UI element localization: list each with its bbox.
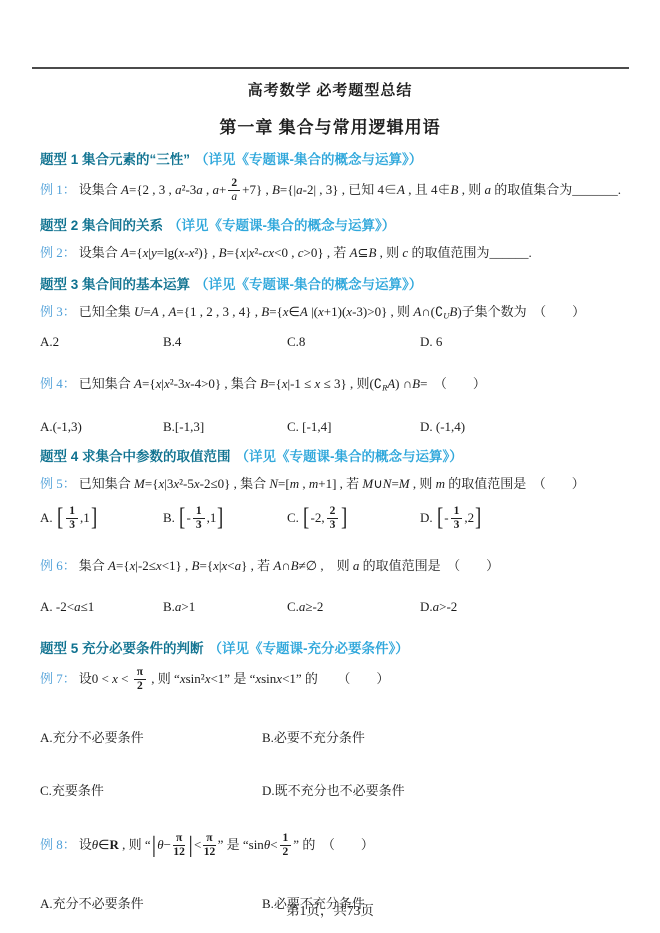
text-run: C. [-1,4] xyxy=(287,419,331,434)
math-variable: B xyxy=(219,245,227,260)
right-bracket: ] xyxy=(217,507,223,530)
text-run: =[ xyxy=(278,476,290,491)
text-run: A. -2< xyxy=(40,599,74,614)
example-problem: 例 6：集合 A={x|-2≤x<1} , B={x|x<a} , 若 A∩B≠… xyxy=(40,556,630,576)
text-run: A.充分不必要条件 xyxy=(40,730,144,745)
choice-option: B.a>1 xyxy=(163,599,287,615)
text-run: ={ xyxy=(227,245,241,260)
choice-option: A.充分不必要条件 xyxy=(40,727,262,746)
denominator: 3 xyxy=(196,519,202,532)
choice-option: B.必要不充分条件 xyxy=(262,727,630,746)
choice-option: D. (-1,4) xyxy=(420,419,630,435)
text-run: 已知全集 xyxy=(79,304,134,319)
choice-option: A. -2<a≤1 xyxy=(40,599,163,615)
document-page: 高考数学 必考题型总结 第一章 集合与常用逻辑用语 题型 1 集合元素的“三性”… xyxy=(0,0,660,933)
left-bracket: [ xyxy=(437,507,443,530)
example-problem: 例 5：已知集合 M={x|3x²-5x-2≤0} , 集合 N=[m , m+… xyxy=(40,474,630,494)
example-tag: 例 5： xyxy=(40,476,76,491)
text-run: , xyxy=(203,182,213,197)
math-variable: B xyxy=(261,304,269,319)
text-run: C. xyxy=(287,599,299,614)
denominator: a xyxy=(231,191,237,204)
text-run: < xyxy=(227,558,234,573)
math-variable: m xyxy=(436,476,445,491)
text-run: -2| , 3} , 已知 4∈ xyxy=(303,182,397,197)
fraction: π2 xyxy=(134,667,146,693)
example-text: 设0 < x < π2 , 则 “xsin²x<1” 是 “xsinx<1” 的… xyxy=(79,671,390,686)
left-bracket: [ xyxy=(57,507,63,530)
example-problem: 例 2：设集合 A={x|y=lg(x-x²)} , B={x|x²-cx<0 … xyxy=(40,243,630,263)
text-run: =lg( xyxy=(157,245,179,260)
fraction: 2a xyxy=(228,178,240,204)
text-run: |-2≤ xyxy=(135,558,156,573)
document-body: 题型 1 集合元素的“三性”（详见《专题课-集合的概念与运算》）例 1：设集合 … xyxy=(0,150,660,912)
math-variable: B xyxy=(291,558,299,573)
choice-option: C. [-2,23] xyxy=(287,506,420,532)
denominator: 2 xyxy=(137,680,143,693)
example-tag: 例 3： xyxy=(40,304,76,319)
text-run: ={1 , 2 , 3 , 4} , xyxy=(176,304,261,319)
topic-reference: （详见《专题课-集合的概念与运算》） xyxy=(195,277,422,292)
choice-row: A. -2<a≤1B.a>1C.a≥-2D.a>-2 xyxy=(40,599,630,615)
topic-title: 题型 1 集合元素的“三性” xyxy=(40,152,190,167)
math-variable: A xyxy=(387,376,395,391)
choice-option: B.[-1,3] xyxy=(163,419,287,435)
fraction: 13 xyxy=(451,506,463,532)
text-run: 设0 < xyxy=(79,671,112,686)
numerator: π xyxy=(173,833,185,847)
math-variable: cx xyxy=(263,245,275,260)
example-problem: 例 1：设集合 A={2 , 3 , a²-3a , a+2a+7} , B={… xyxy=(40,178,630,204)
text-run: B.4 xyxy=(163,334,181,349)
topic-title: 题型 3 集合间的基本运算 xyxy=(40,277,190,292)
math-variable: A xyxy=(134,376,142,391)
left-bracket: [ xyxy=(179,507,185,530)
fraction: π12 xyxy=(173,833,185,859)
choice-option: D. 6 xyxy=(420,334,630,350)
text-run: < xyxy=(270,837,277,852)
topic-reference: （详见《专题课-集合的概念与运算》） xyxy=(168,218,395,233)
text-run: 集合 xyxy=(79,558,108,573)
text-run: , 则 “ xyxy=(119,837,151,852)
text-run: ∈ xyxy=(98,837,109,852)
choice-option: D.a>-2 xyxy=(420,599,630,615)
text-run: ={ xyxy=(129,245,143,260)
absolute-value-bar: | xyxy=(152,835,157,856)
text-run: , 则 xyxy=(376,245,402,260)
text-run: 的取值范围为______. xyxy=(408,245,532,260)
text-run: ⊆ xyxy=(358,245,369,260)
denominator: 3 xyxy=(69,519,75,532)
fraction: 13 xyxy=(66,506,78,532)
text-run: 设集合 xyxy=(79,245,121,260)
choice-option: D.既不充分也不必要条件 xyxy=(262,780,630,799)
text-run: B. xyxy=(163,510,178,525)
text-run: 已知集合 xyxy=(79,376,134,391)
text-run: = xyxy=(143,304,150,319)
text-run: ∩(∁ xyxy=(421,304,443,319)
text-run: − xyxy=(164,837,171,852)
text-run: >1 xyxy=(181,599,195,614)
text-run: ≤ 3} , 则(∁ xyxy=(320,376,382,391)
text-run: 的取值范围是 （ ） xyxy=(445,476,585,491)
text-run: ∈ xyxy=(289,304,300,319)
math-variable: A xyxy=(151,304,159,319)
topic-heading: 题型 3 集合间的基本运算（详见《专题课-集合的概念与运算》） xyxy=(40,275,630,295)
text-run: C.充要条件 xyxy=(40,783,104,798)
math-variable: A xyxy=(108,558,116,573)
topic-title: 题型 4 求集合中参数的取值范围 xyxy=(40,449,231,464)
right-bracket: ] xyxy=(475,507,481,530)
choice-option: C. [-1,4] xyxy=(287,419,420,435)
text-run: 的取值集合为_______. xyxy=(491,182,621,197)
text-run: <0 , xyxy=(274,245,298,260)
math-variable: M xyxy=(134,476,145,491)
right-bracket: ] xyxy=(341,507,347,530)
topic-heading: 题型 5 充分必要条件的判断（详见《专题课-充分必要条件》） xyxy=(40,639,630,659)
numerator: π xyxy=(134,667,146,681)
math-variable: A xyxy=(350,245,358,260)
text-run: , 则 xyxy=(458,182,484,197)
numerator: 2 xyxy=(228,178,240,192)
text-run: |( xyxy=(308,304,318,319)
text-run: -3)>0} , 则 xyxy=(352,304,413,319)
topic-heading: 题型 2 集合间的关系（详见《专题课-集合的概念与运算》） xyxy=(40,216,630,236)
text-run: sin xyxy=(261,671,276,686)
text-run: ∪ xyxy=(373,476,383,491)
text-run: B.必要不充分条件 xyxy=(262,730,365,745)
math-variable: M xyxy=(399,476,410,491)
math-variable: m xyxy=(309,476,318,491)
example-problem: 例 7：设0 < x < π2 , 则 “xsin²x<1” 是 “xsinx<… xyxy=(40,667,630,693)
topic-title: 题型 5 充分必要条件的判断 xyxy=(40,641,204,656)
denominator: 12 xyxy=(204,846,216,859)
fraction: π12 xyxy=(203,833,215,859)
text-run: )子集个数为 （ ） xyxy=(457,304,585,319)
text-run: A.2 xyxy=(40,334,59,349)
text-run: , 且 4∉ xyxy=(405,182,451,197)
text-run: sin² xyxy=(186,671,205,686)
topic-reference: （详见《专题课-集合的概念与运算》） xyxy=(236,449,463,464)
text-run: -4>0} , 集合 xyxy=(190,376,260,391)
choice-row: A.2B.4C.8D. 6 xyxy=(40,334,630,350)
text-run: B. xyxy=(163,599,175,614)
denominator: 2 xyxy=(283,846,289,859)
example-text: 设集合 A={2 , 3 , a²-3a , a+2a+7} , B={|a-2… xyxy=(79,182,621,197)
topic-reference: （详见《专题课-集合的概念与运算》） xyxy=(195,152,422,167)
text-run: , 则 xyxy=(410,476,436,491)
choice-row: A.(-1,3)B.[-1,3]C. [-1,4]D. (-1,4) xyxy=(40,419,630,435)
text-run: ∩ xyxy=(281,558,290,573)
text-run: + xyxy=(219,182,226,197)
topic-reference: （详见《专题课-充分必要条件》） xyxy=(209,641,409,656)
text-run: 设 xyxy=(79,837,92,852)
math-variable: B xyxy=(412,376,420,391)
text-run: , 则 “ xyxy=(148,671,180,686)
topic-heading: 题型 4 求集合中参数的取值范围（详见《专题课-集合的概念与运算》） xyxy=(40,447,630,467)
text-run: ) ∩ xyxy=(395,376,412,391)
math-variable: m xyxy=(290,476,299,491)
example-text: 集合 A={x|-2≤x<1} , B={x|x<a} , 若 A∩B≠∅ , … xyxy=(79,558,499,573)
text-run: ≠∅ , 则 xyxy=(299,558,353,573)
example-problem: 例 4：已知集合 A={x|x²-3x-4>0} , 集合 B={x|-1 ≤ … xyxy=(40,374,630,394)
numerator: 1 xyxy=(66,506,78,520)
text-run: R xyxy=(110,837,119,852)
text-run: = xyxy=(391,476,398,491)
denominator: 3 xyxy=(454,519,460,532)
choice-option: B. [-13,1] xyxy=(163,506,287,532)
text-run: ²- xyxy=(254,245,262,260)
text-run: D. xyxy=(420,510,436,525)
example-tag: 例 2： xyxy=(40,245,76,260)
text-run: , xyxy=(159,304,169,319)
text-run: ={ xyxy=(142,376,156,391)
header-rule xyxy=(32,67,629,69)
text-run: C. xyxy=(287,510,302,525)
text-run: A.(-1,3) xyxy=(40,419,82,434)
math-variable: A xyxy=(397,182,405,197)
example-text: 设θ∈R , 则 “|θ−π12|<π12” 是 “sinθ<12” 的 （ ） xyxy=(79,837,374,852)
text-run: >0} , 若 xyxy=(304,245,350,260)
example-problem: 例 3：已知全集 U=A , A={1 , 2 , 3 , 4} , B={x∈… xyxy=(40,302,630,322)
choice-row: A.充分不必要条件B.必要不充分条件 xyxy=(40,727,630,746)
fraction: 13 xyxy=(193,506,205,532)
example-tag: 例 6： xyxy=(40,558,76,573)
text-run: D. xyxy=(420,599,433,614)
choice-row: C.充要条件D.既不充分也不必要条件 xyxy=(40,780,630,799)
example-tag: 例 1： xyxy=(40,182,76,197)
choice-option: A.(-1,3) xyxy=(40,419,163,435)
text-run: < xyxy=(194,837,201,852)
text-run: } , 若 xyxy=(241,558,273,573)
text-run: ={ xyxy=(116,558,130,573)
numerator: 1 xyxy=(193,506,205,520)
numerator: 1 xyxy=(451,506,463,520)
text-run: D.既不充分也不必要条件 xyxy=(262,783,405,798)
text-run: ≤1 xyxy=(81,599,95,614)
denominator: 12 xyxy=(173,846,185,859)
math-variable: A xyxy=(300,304,308,319)
text-run: 的取值范围是 （ ） xyxy=(359,558,499,573)
math-variable: M xyxy=(362,476,373,491)
text-run: A. xyxy=(40,510,56,525)
document-title: 高考数学 必考题型总结 xyxy=(0,79,660,100)
topic-title: 题型 2 集合间的关系 xyxy=(40,218,163,233)
choice-option: B.4 xyxy=(163,334,287,350)
math-variable: N xyxy=(269,476,278,491)
math-variable: A xyxy=(121,245,129,260)
text-run: <1} , xyxy=(162,558,192,573)
text-run: ” 是 “sin xyxy=(218,837,264,852)
text-run: - xyxy=(187,510,191,525)
numerator: 1 xyxy=(280,833,292,847)
text-run: -2, xyxy=(311,510,325,525)
choice-option: C.8 xyxy=(287,334,420,350)
page-number: 第1页，共73页 xyxy=(0,899,660,919)
text-run: ²-3 xyxy=(182,182,197,197)
text-run: ,2 xyxy=(464,510,474,525)
absolute-value-bar: | xyxy=(188,835,193,856)
math-variable: A xyxy=(121,182,129,197)
denominator: 3 xyxy=(330,519,336,532)
example-text: 已知集合 A={x|x²-3x-4>0} , 集合 B={x|-1 ≤ x ≤ … xyxy=(79,376,486,391)
choice-option: C.a≥-2 xyxy=(287,599,420,615)
text-run: < xyxy=(118,671,132,686)
choice-option: C.充要条件 xyxy=(40,780,262,799)
text-run: ²-5 xyxy=(179,476,194,491)
text-run: ≥-2 xyxy=(305,599,323,614)
left-bracket: [ xyxy=(303,507,309,530)
text-run: ={ xyxy=(199,558,213,573)
text-run: +7} , xyxy=(242,182,272,197)
example-tag: 例 7： xyxy=(40,671,76,686)
choice-option: D. [-13,2] xyxy=(420,506,630,532)
math-variable: B xyxy=(272,182,280,197)
text-run: +1] , 若 xyxy=(318,476,362,491)
text-run: +1)( xyxy=(324,304,347,319)
math-variable: B xyxy=(260,376,268,391)
text-run: -2≤0} , 集合 xyxy=(200,476,270,491)
example-problem: 例 8：设θ∈R , 则 “|θ−π12|<π12” 是 “sinθ<12” 的… xyxy=(40,833,630,859)
text-run: <1” 的 （ ） xyxy=(282,671,389,686)
math-variable: U xyxy=(134,304,143,319)
text-run: ” 的 （ ） xyxy=(293,837,374,852)
text-run: 设集合 xyxy=(79,182,121,197)
right-bracket: ] xyxy=(91,507,97,530)
text-run: D. (-1,4) xyxy=(420,419,465,434)
text-run: ²-3 xyxy=(170,376,185,391)
text-run: C.8 xyxy=(287,334,305,349)
chapter-heading: 第一章 集合与常用逻辑用语 xyxy=(0,113,660,138)
fraction: 12 xyxy=(280,833,292,859)
text-run: ,1 xyxy=(207,510,217,525)
example-text: 设集合 A={x|y=lg(x-x²)} , B={x|x²-cx<0 , c>… xyxy=(79,245,532,260)
text-run: , xyxy=(299,476,309,491)
text-run: <1” 是 “ xyxy=(210,671,255,686)
choice-row: A. [13,1]B. [-13,1]C. [-2,23]D. [-13,2] xyxy=(40,506,630,532)
text-run: D. 6 xyxy=(420,334,442,349)
choice-option: A.2 xyxy=(40,334,163,350)
text-run: ={ xyxy=(268,376,282,391)
text-run: |-1 ≤ xyxy=(287,376,314,391)
topic-heading: 题型 1 集合元素的“三性”（详见《专题课-集合的概念与运算》） xyxy=(40,150,630,170)
text-run: = （ ） xyxy=(420,376,486,391)
text-run: ={ xyxy=(145,476,159,491)
choice-option: A. [13,1] xyxy=(40,506,163,532)
text-run: - xyxy=(444,510,448,525)
text-run: ²)} , xyxy=(194,245,218,260)
example-text: 已知全集 U=A , A={1 , 2 , 3 , 4} , B={x∈A |(… xyxy=(79,304,585,319)
text-run: ={| xyxy=(280,182,296,197)
example-text: 已知集合 M={x|3x²-5x-2≤0} , 集合 N=[m , m+1] ,… xyxy=(79,476,585,491)
text-run: 已知集合 xyxy=(79,476,134,491)
text-run: ={ xyxy=(269,304,283,319)
example-tag: 例 8： xyxy=(40,837,76,852)
numerator: π xyxy=(203,833,215,847)
text-run: ={2 , 3 , xyxy=(129,182,175,197)
fraction: 23 xyxy=(327,506,339,532)
numerator: 2 xyxy=(327,506,339,520)
text-run: B.[-1,3] xyxy=(163,419,204,434)
text-run: >-2 xyxy=(439,599,457,614)
text-run: ,1 xyxy=(80,510,90,525)
text-run: |3 xyxy=(164,476,173,491)
example-tag: 例 4： xyxy=(40,376,76,391)
